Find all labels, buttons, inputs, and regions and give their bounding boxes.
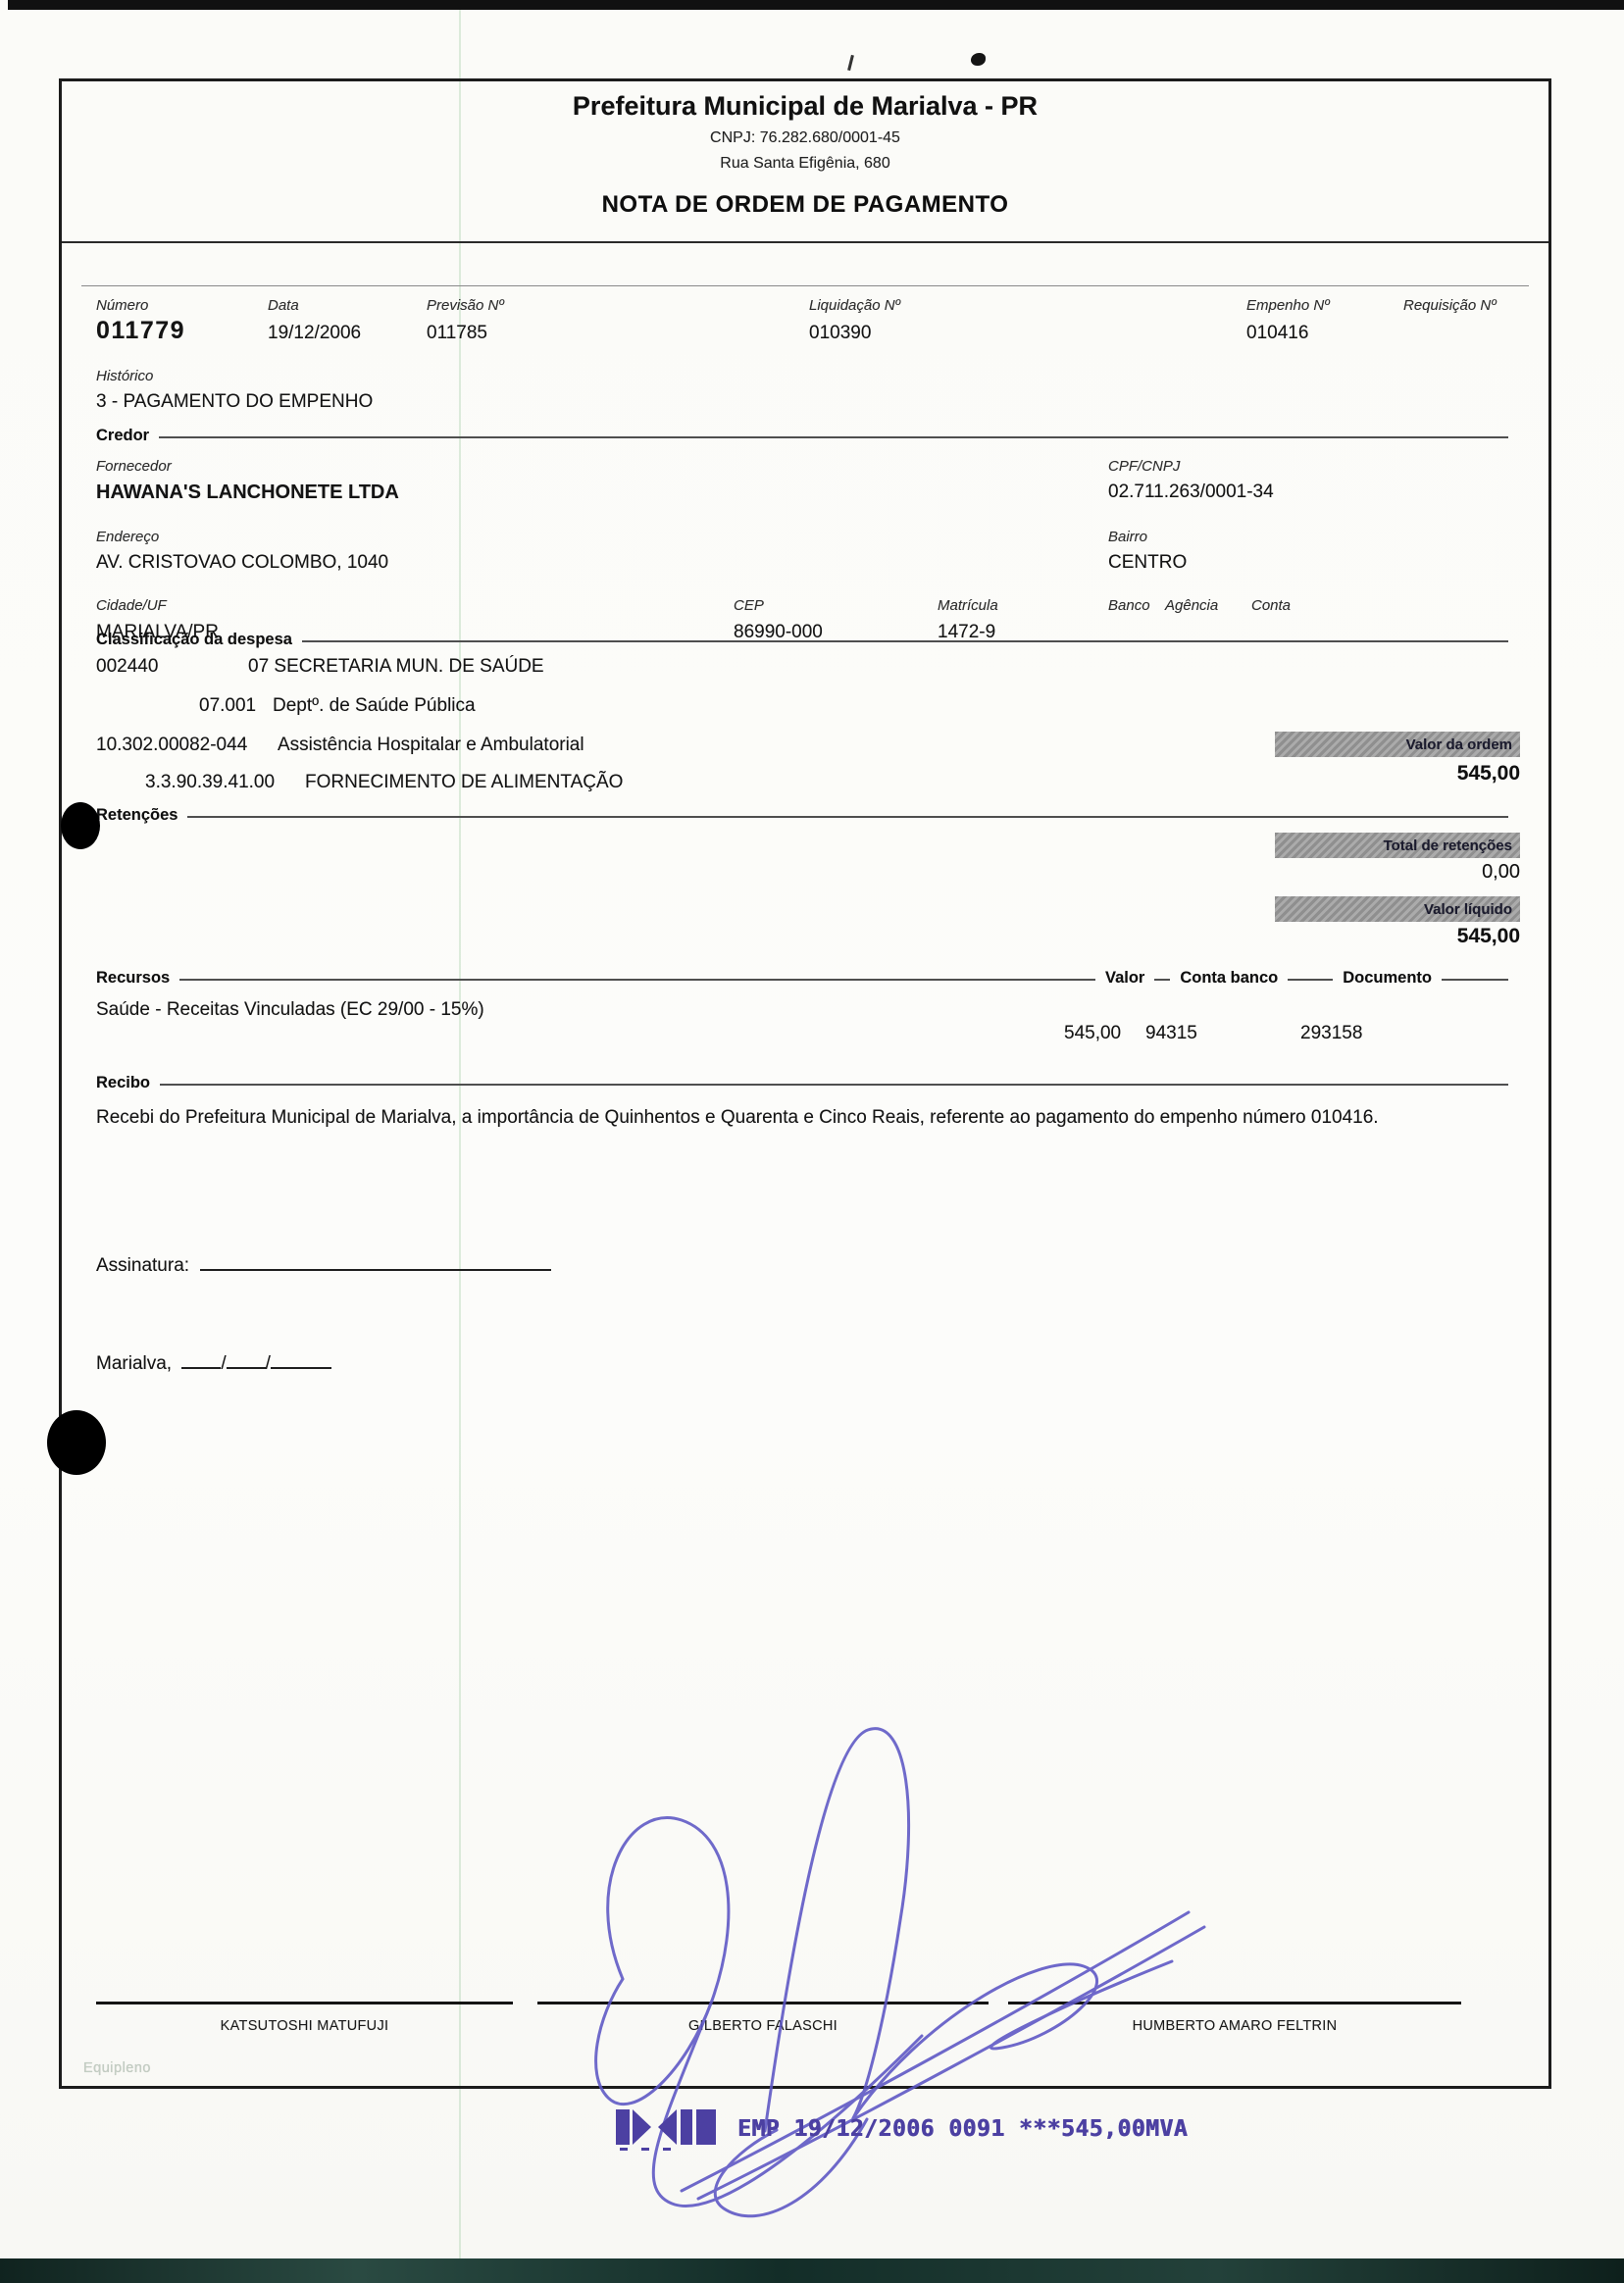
recursos-col-valor-label: Valor xyxy=(1105,969,1144,988)
recursos-section-label: Recursos xyxy=(96,969,170,988)
endereco-label: Endereço xyxy=(96,529,159,545)
ink-speck xyxy=(971,53,986,66)
cidade-uf-label: Cidade/UF xyxy=(96,597,167,614)
retencoes-section-header: Retenções xyxy=(96,806,1508,825)
signature-block: KATSUTOSHI MATUFUJI xyxy=(96,2002,513,2034)
classificacao-row-desc: Assistência Hospitalar e Ambulatorial xyxy=(278,735,584,756)
total-retencoes-bar: Total de retenções xyxy=(1275,833,1520,858)
banco-label: Banco xyxy=(1108,597,1150,614)
signature-line xyxy=(537,2002,989,2004)
date-year-blank xyxy=(271,1352,331,1369)
classificacao-row-code: 07.001 xyxy=(199,695,256,717)
recibo-text: Recebi do Prefeitura Municipal de Marial… xyxy=(96,1103,1523,1133)
conta-label: Conta xyxy=(1251,597,1291,614)
recibo-section-rule xyxy=(160,1084,1508,1086)
total-retencoes-value: 0,00 xyxy=(1226,861,1520,884)
recursos-fonte: Saúde - Receitas Vinculadas (EC 29/00 - … xyxy=(96,999,484,1021)
liquidacao-label: Liquidação Nº xyxy=(809,297,900,314)
numero-value: 011779 xyxy=(96,317,185,345)
data-value: 19/12/2006 xyxy=(268,323,361,344)
signature-block: HUMBERTO AMARO FELTRIN xyxy=(1008,2002,1461,2034)
endereco-value: AV. CRISTOVAO COLOMBO, 1040 xyxy=(96,552,388,574)
requisicao-label: Requisição Nº xyxy=(1403,297,1497,314)
organization-address: Rua Santa Efigênia, 680 xyxy=(62,155,1548,173)
empenho-label: Empenho Nº xyxy=(1246,297,1330,314)
bank-validation-stamp: EMP 19/12/2006 0091 ***545,00MVA xyxy=(616,2106,1188,2152)
signature-line xyxy=(96,2002,513,2004)
cpf-cnpj-value: 02.711.263/0001-34 xyxy=(1108,482,1274,503)
numero-label: Número xyxy=(96,297,148,314)
pen-tick-mark xyxy=(847,55,854,71)
valor-da-ordem-value: 545,00 xyxy=(1226,762,1520,786)
fornecedor-value: HAWANA'S LANCHONETE LTDA xyxy=(96,482,399,504)
previsao-label: Previsão Nº xyxy=(427,297,504,314)
stamp-logo-icon xyxy=(616,2106,718,2152)
agencia-label: Agência xyxy=(1165,597,1218,614)
date-day-blank xyxy=(181,1352,221,1369)
classificacao-row-code: 10.302.00082-044 xyxy=(96,735,247,756)
local-label: Marialva, xyxy=(96,1353,172,1374)
valor-da-ordem-label: Valor da ordem xyxy=(1406,736,1512,753)
valor-liquido-value: 545,00 xyxy=(1226,925,1520,948)
stamp-text: EMP 19/12/2006 0091 ***545,00MVA xyxy=(737,2116,1188,2142)
data-label: Data xyxy=(268,297,299,314)
signatory-name: KATSUTOSHI MATUFUJI xyxy=(96,2018,513,2034)
recursos-col-documento-label: Documento xyxy=(1343,969,1432,988)
classificacao-row-code: 002440 xyxy=(96,656,158,678)
scan-edge-top xyxy=(8,0,1624,10)
classificacao-section-label: Classificação da despesa xyxy=(96,631,292,649)
bairro-label: Bairro xyxy=(1108,529,1147,545)
bairro-value: CENTRO xyxy=(1108,552,1187,574)
recursos-documento-value: 293158 xyxy=(1300,1023,1362,1044)
recursos-section-header: Recursos Valor Conta banco Documento xyxy=(96,969,1508,988)
credor-section-header: Credor xyxy=(96,427,1508,445)
recibo-section-header: Recibo xyxy=(96,1074,1508,1092)
organization-name: Prefeitura Municipal de Marialva - PR xyxy=(62,91,1548,122)
credor-section-rule xyxy=(159,436,1508,438)
assinatura-blank-line xyxy=(200,1254,551,1271)
matricula-label: Matrícula xyxy=(938,597,998,614)
header-divider xyxy=(62,241,1548,243)
classificacao-row-desc: 07 SECRETARIA MUN. DE SAÚDE xyxy=(248,656,544,678)
historico-value: 3 - PAGAMENTO DO EMPENHO xyxy=(96,391,373,413)
signature-line xyxy=(1008,2002,1461,2004)
classificacao-section-rule xyxy=(302,640,1508,642)
classificacao-row-code: 3.3.90.39.41.00 xyxy=(145,772,275,793)
payment-order-form: Prefeitura Municipal de Marialva - PR CN… xyxy=(59,78,1551,2089)
date-month-blank xyxy=(227,1352,266,1369)
liquidacao-value: 010390 xyxy=(809,323,871,344)
recursos-col-rule xyxy=(1288,979,1333,981)
recibo-section-label: Recibo xyxy=(96,1074,150,1092)
valor-liquido-bar: Valor líquido xyxy=(1275,896,1520,922)
info-divider xyxy=(81,285,1529,286)
historico-label: Histórico xyxy=(96,368,153,384)
assinatura-row: Assinatura: xyxy=(96,1254,551,1277)
empenho-value: 010416 xyxy=(1246,323,1308,344)
hole-punch xyxy=(47,1410,106,1475)
document-title: NOTA DE ORDEM DE PAGAMENTO xyxy=(62,191,1548,219)
classificacao-row-desc: FORNECIMENTO DE ALIMENTAÇÃO xyxy=(305,772,623,793)
software-watermark: Equipleno xyxy=(83,2060,151,2076)
recursos-valor-value: 545,00 xyxy=(1064,1023,1121,1044)
signatory-name: GILBERTO FALASCHI xyxy=(537,2018,989,2034)
cep-label: CEP xyxy=(734,597,764,614)
recursos-col-rule xyxy=(1442,979,1508,981)
recursos-conta-banco-value: 94315 xyxy=(1145,1023,1197,1044)
previsao-value: 011785 xyxy=(427,323,487,344)
scan-edge-bottom xyxy=(0,2258,1624,2283)
scanned-payment-order-page: Prefeitura Municipal de Marialva - PR CN… xyxy=(0,0,1624,2283)
valor-liquido-label: Valor líquido xyxy=(1424,901,1512,918)
valor-da-ordem-bar: Valor da ordem xyxy=(1275,732,1520,757)
recursos-col-rule xyxy=(1154,979,1170,981)
organization-cnpj: CNPJ: 76.282.680/0001-45 xyxy=(62,129,1548,147)
credor-section-label: Credor xyxy=(96,427,149,445)
local-data-row: Marialva, // xyxy=(96,1352,331,1375)
retencoes-section-rule xyxy=(187,816,1508,818)
total-retencoes-label: Total de retenções xyxy=(1384,837,1512,854)
ink-blot xyxy=(61,802,100,849)
cpf-cnpj-label: CPF/CNPJ xyxy=(1108,458,1180,475)
recursos-col-conta-banco-label: Conta banco xyxy=(1180,969,1278,988)
signatory-name: HUMBERTO AMARO FELTRIN xyxy=(1008,2018,1461,2034)
recursos-section-rule xyxy=(179,979,1095,981)
retencoes-section-label: Retenções xyxy=(96,806,178,825)
assinatura-label: Assinatura: xyxy=(96,1255,189,1276)
classificacao-row-desc: Deptº. de Saúde Pública xyxy=(273,695,476,717)
signature-block: GILBERTO FALASCHI xyxy=(537,2002,989,2034)
fornecedor-label: Fornecedor xyxy=(96,458,172,475)
classificacao-section-header: Classificação da despesa xyxy=(96,631,1508,649)
